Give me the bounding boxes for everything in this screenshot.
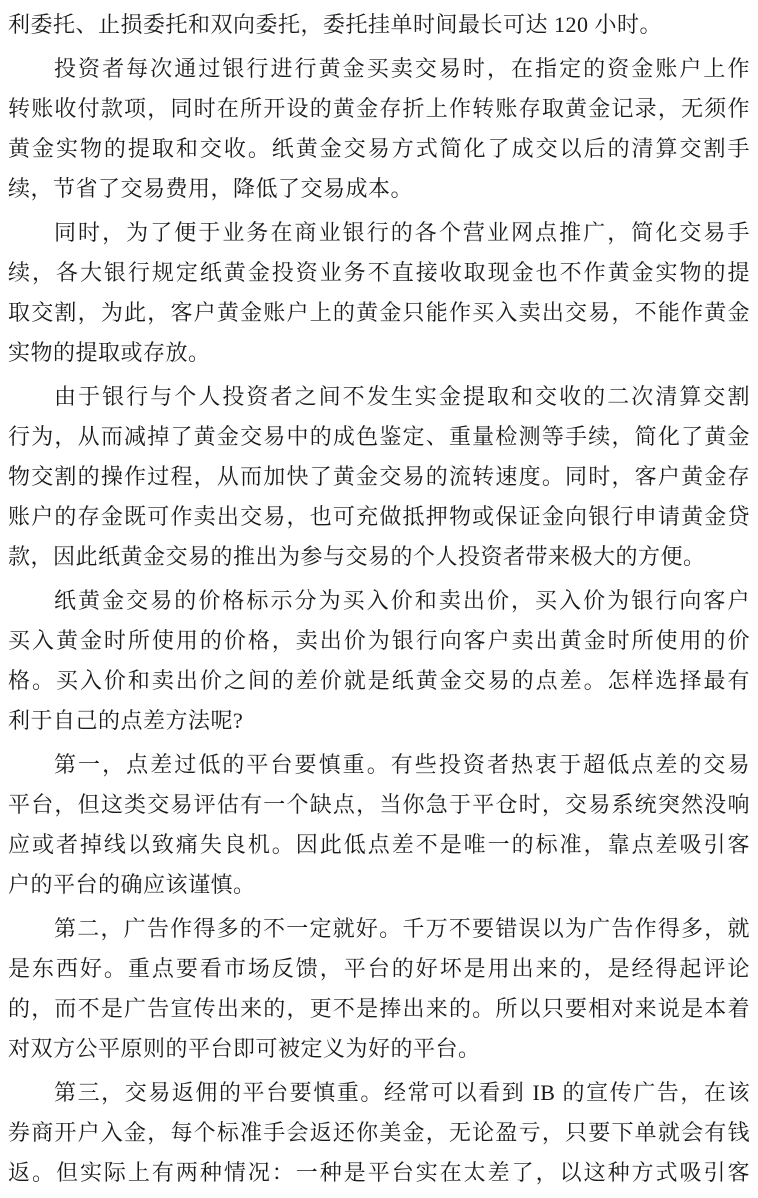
text-line: 利委托、止损委托和双向委托，委托挂单时间最长可达 120 小时。 [8,5,750,45]
text-line: 格。买入价和卖出价之间的差价就是纸黄金交易的点差。怎样选择最有 [8,661,750,701]
text-line: 行为，从而减掉了黄金交易中的成色鉴定、重量检测等手续，简化了黄金实 [8,417,750,457]
text-line: 账户的存金既可作卖出交易，也可充做抵押物或保证金向银行申请黄金贷 [8,497,750,537]
text-line: 利于自己的点差方法呢? [8,701,750,741]
paragraph: 第一，点差过低的平台要慎重。有些投资者热衷于超低点差的交易 平台，但这类交易评估… [8,745,750,905]
paragraph: 同时，为了便于业务在商业银行的各个营业网点推广，简化交易手 续，各大银行规定纸黄… [8,213,750,373]
text-line: 对双方公平原则的平台即可被定义为好的平台。 [8,1029,750,1069]
text-line: 投资者每次通过银行进行黄金买卖交易时，在指定的资金账户上作 [8,49,750,89]
text-line: 转账收付款项，同时在所开设的黄金存折上作转账存取黄金记录，无须作 [8,89,750,129]
text-line: 第三，交易返佣的平台要慎重。经常可以看到 IB 的宣传广告，在该 [8,1073,750,1113]
text-line: 纸黄金交易的价格标示分为买入价和卖出价，买入价为银行向客户 [8,581,750,621]
text-line: 券商开户入金，每个标准手会返还你美金，无论盈亏，只要下单就会有钱 [8,1113,750,1153]
paragraph: 投资者每次通过银行进行黄金买卖交易时，在指定的资金账户上作 转账收付款项，同时在… [8,49,750,209]
text-line: 款，因此纸黄金交易的推出为参与交易的个人投资者带来极大的方便。 [8,537,750,577]
text-line: 取交割，为此，客户黄金账户上的黄金只能作买入卖出交易，不能作黄金 [8,293,750,333]
text-line: 实物的提取或存放。 [8,333,750,373]
paragraph: 第二，广告作得多的不一定就好。千万不要错误以为广告作得多，就 是东西好。重点要看… [8,909,750,1069]
text-line: 同时，为了便于业务在商业银行的各个营业网点推广，简化交易手 [8,213,750,253]
text-line: 平台，但这类交易评估有一个缺点，当你急于平仓时，交易系统突然没响 [8,785,750,825]
paragraph: 纸黄金交易的价格标示分为买入价和卖出价，买入价为银行向客户 买入黄金时所使用的价… [8,581,750,741]
scanned-document-page: 利委托、止损委托和双向委托，委托挂单时间最长可达 120 小时。 投资者每次通过… [0,0,758,1198]
text-line: 的，而不是广告宣传出来的，更不是捧出来的。所以只要相对来说是本着 [8,989,750,1029]
text-line: 买入黄金时所使用的价格，卖出价为银行向客户卖出黄金时所使用的价 [8,621,750,661]
text-line: 由于银行与个人投资者之间不发生实金提取和交收的二次清算交割 [8,377,750,417]
text-line: 户的平台的确应该谨慎。 [8,865,750,905]
text-line: 续，各大银行规定纸黄金投资业务不直接收取现金也不作黄金实物的提 [8,253,750,293]
text-line: 第一，点差过低的平台要慎重。有些投资者热衷于超低点差的交易 [8,745,750,785]
text-line: 黄金实物的提取和交收。纸黄金交易方式简化了成交以后的清算交割手 [8,129,750,169]
text-line: 返。但实际上有两种情况：一种是平台实在太差了，以这种方式吸引客 [8,1153,750,1193]
text-line: 应或者掉线以致痛失良机。因此低点差不是唯一的标准，靠点差吸引客 [8,825,750,865]
text-line: 是东西好。重点要看市场反馈，平台的好坏是用出来的，是经得起评论 [8,949,750,989]
paragraph: 第三，交易返佣的平台要慎重。经常可以看到 IB 的宣传广告，在该 券商开户入金，… [8,1073,750,1193]
paragraph: 由于银行与个人投资者之间不发生实金提取和交收的二次清算交割 行为，从而减掉了黄金… [8,377,750,577]
text-line: 第二，广告作得多的不一定就好。千万不要错误以为广告作得多，就 [8,909,750,949]
text-line: 续，节省了交易费用，降低了交易成本。 [8,169,750,209]
text-line: 物交割的操作过程，从而加快了黄金交易的流转速度。同时，客户黄金存折 [8,457,750,497]
paragraph-continued: 利委托、止损委托和双向委托，委托挂单时间最长可达 120 小时。 [8,5,750,45]
